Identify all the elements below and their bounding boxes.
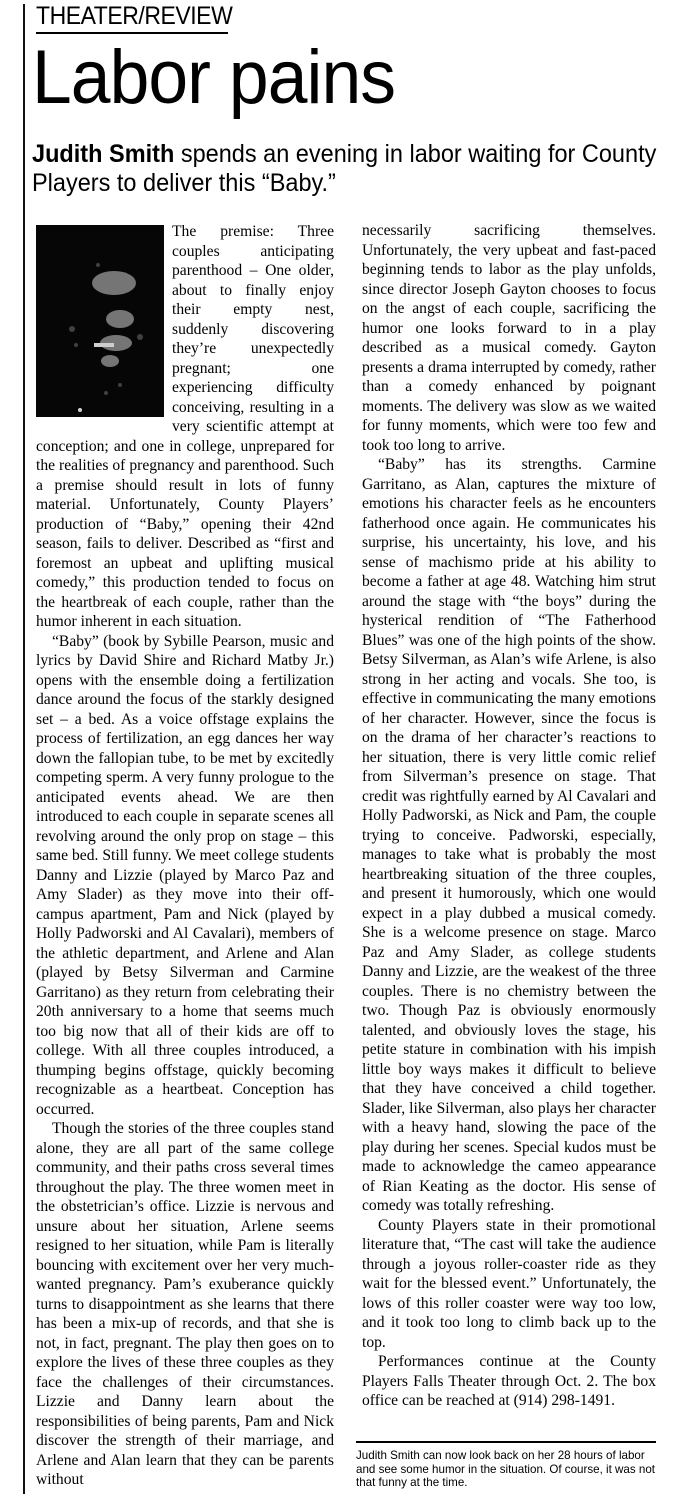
body-column-right: necessarily sacrificing themselves. Unfo… xyxy=(362,221,656,1411)
paragraph: “Baby” (book by Sybille Pearson, music a… xyxy=(36,632,334,1120)
author-bio: Judith Smith can now look back on her 28… xyxy=(356,1449,661,1490)
paragraph: “Baby” has its strengths. Carmine Garrit… xyxy=(362,455,656,1216)
left-column-rule xyxy=(23,4,25,1494)
author-photo xyxy=(36,225,164,417)
headline: Labor pains xyxy=(32,30,395,126)
section-kicker: THEATER/REVIEW xyxy=(36,2,232,30)
paragraph: Performances continue at the County Play… xyxy=(362,1352,656,1411)
portrait-image-icon xyxy=(36,225,164,417)
paragraph: Though the stories of the three couples … xyxy=(36,1119,334,1490)
paragraph: County Players state in their promotiona… xyxy=(362,1216,656,1353)
paragraph: necessarily sacrificing themselves. Unfo… xyxy=(362,221,656,455)
bio-divider xyxy=(356,1441,656,1443)
deck: Judith Smith spends an evening in labor … xyxy=(32,140,690,198)
deck-author: Judith Smith xyxy=(32,140,174,168)
body-column-left: The premise: Three couples anticipating … xyxy=(36,222,334,1490)
